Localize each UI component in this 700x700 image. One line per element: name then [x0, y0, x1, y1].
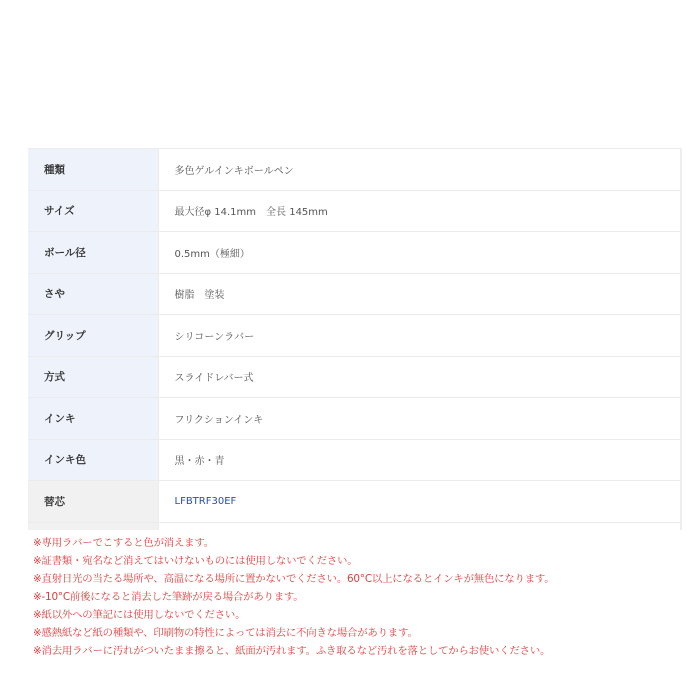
spec-row-mechanism: 方式 スライドレバー式	[28, 356, 681, 398]
spec-label: インキ	[28, 398, 158, 440]
spec-value: 多色ゲルインキボールペン	[158, 149, 681, 191]
note-item: ※消去用ラバーに汚れがついたまま擦ると、紙面が汚れます。ふき取るなど汚れを落とし…	[33, 642, 554, 660]
spec-value: シリコーンラバー	[158, 315, 681, 357]
spec-label: 種類	[28, 149, 158, 191]
spec-value: 最大径φ 14.1mm 全長 145mm	[158, 190, 681, 232]
spec-row-ball-diameter: ボール径 0.5mm（極細）	[28, 232, 681, 274]
spec-row-grip: グリップ シリコーンラバー	[28, 315, 681, 357]
spec-label-empty	[28, 522, 158, 530]
spec-row-cutoff	[28, 522, 681, 530]
note-item: ※証書類・宛名など消えてはいけないものには使用しないでください。	[33, 552, 554, 570]
spec-label: 替芯	[28, 481, 158, 523]
spec-row-cap: さや 樹脂 塗装	[28, 273, 681, 315]
spec-row-ink: インキ フリクションインキ	[28, 398, 681, 440]
spec-label: サイズ	[28, 190, 158, 232]
note-item: ※-10°C前後になると消去した筆跡が戻る場合があります。	[33, 588, 554, 606]
note-item: ※直射日光の当たる場所や、高温になる場所に置かないでください。60°C以上になる…	[33, 570, 554, 588]
spec-table: 種類 多色ゲルインキボールペン サイズ 最大径φ 14.1mm 全長 145mm…	[28, 148, 682, 530]
note-item: ※専用ラバーでこすると色が消えます。	[33, 534, 554, 552]
spec-label: 方式	[28, 356, 158, 398]
note-item: ※紙以外への筆記には使用しないでください。	[33, 606, 554, 624]
spec-label: グリップ	[28, 315, 158, 357]
spec-row-ink-color: インキ色 黒・赤・青	[28, 439, 681, 481]
spec-label: ボール径	[28, 232, 158, 274]
spec-value: スライドレバー式	[158, 356, 681, 398]
spec-value: 0.5mm（極細）	[158, 232, 681, 274]
spec-value: フリクションインキ	[158, 398, 681, 440]
spec-label: インキ色	[28, 439, 158, 481]
spec-row-type: 種類 多色ゲルインキボールペン	[28, 149, 681, 191]
refill-link[interactable]: LFBTRF30EF	[158, 481, 681, 523]
spec-label: さや	[28, 273, 158, 315]
spec-value-empty	[158, 522, 681, 530]
spec-row-refill: 替芯 LFBTRF30EF	[28, 481, 681, 523]
spec-value: 黒・赤・青	[158, 439, 681, 481]
spec-value: 樹脂 塗装	[158, 273, 681, 315]
spec-row-size: サイズ 最大径φ 14.1mm 全長 145mm	[28, 190, 681, 232]
note-item: ※感熱紙など紙の種類や、印刷物の特性によっては消去に不向きな場合があります。	[33, 624, 554, 642]
caution-notes: ※専用ラバーでこすると色が消えます。 ※証書類・宛名など消えてはいけないものには…	[33, 534, 554, 660]
